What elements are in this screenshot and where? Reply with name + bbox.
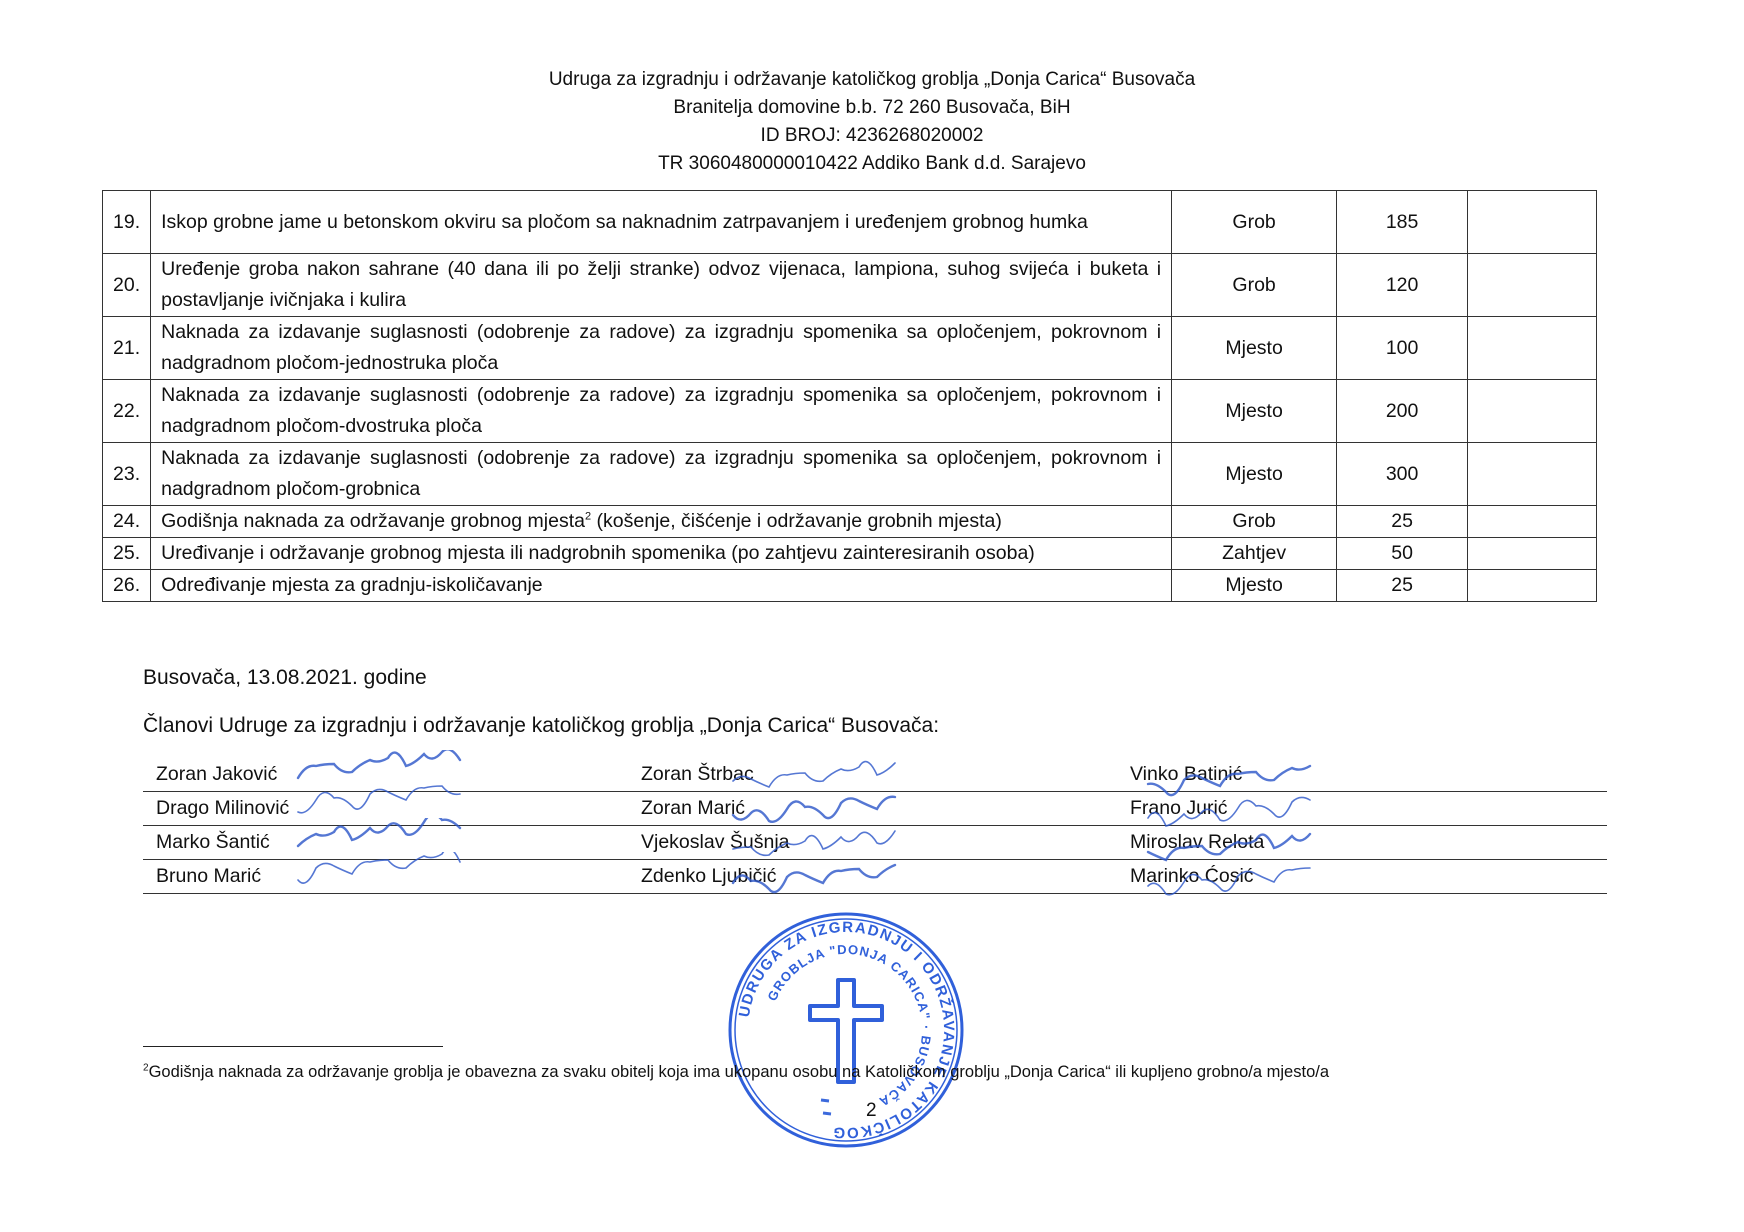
footnote: 2Godišnja naknada za održavanje groblja … [143,1063,1329,1082]
organization-address: Branitelja domovine b.b. 72 260 Busovača… [0,94,1744,122]
row-extra [1468,191,1597,254]
description-text: Naknada za izdavanje suglasnosti (odobre… [161,447,1161,500]
row-number: 24. [103,506,151,538]
signature-line: Zoran JakovićZoran ŠtrbacVinko Batinić [143,758,1607,792]
row-price: 25 [1337,506,1468,538]
description-text: Uređivanje i održavanje grobnog mjesta i… [161,542,1035,564]
row-price: 25 [1337,570,1468,602]
row-description: Godišnja naknada za održavanje grobnog m… [151,506,1172,538]
date-line: Busovača, 13.08.2021. godine [143,666,427,690]
signatory-name: Vinko Batinić [1130,763,1242,786]
row-unit: Grob [1172,506,1337,538]
row-extra [1468,317,1597,380]
row-description: Naknada za izdavanje suglasnosti (odobre… [151,443,1172,506]
row-number: 23. [103,443,151,506]
row-description: Naknada za izdavanje suglasnosti (odobre… [151,317,1172,380]
row-extra [1468,506,1597,538]
description-text: Naknada za izdavanje suglasnosti (odobre… [161,384,1161,437]
row-number: 21. [103,317,151,380]
row-description: Iskop grobne jame u betonskom okviru sa … [151,191,1172,254]
signatory-name: Drago Milinović [156,797,289,820]
row-description: Uređivanje i održavanje grobnog mjesta i… [151,538,1172,570]
row-price: 300 [1337,443,1468,506]
row-unit: Mjesto [1172,570,1337,602]
row-number: 26. [103,570,151,602]
signatory-name: Marinko Ćosić [1130,865,1254,888]
price-table: 19.Iskop grobne jame u betonskom okviru … [102,190,1597,602]
signature-line: Drago MilinovićZoran MarićFrano Jurić [143,792,1607,826]
signatory-name: Vjekoslav Šušnja [641,831,790,854]
row-extra [1468,538,1597,570]
row-number: 25. [103,538,151,570]
row-extra [1468,570,1597,602]
row-number: 22. [103,380,151,443]
row-number: 19. [103,191,151,254]
description-text: (košenje, čišćenje i održavanje grobnih … [591,510,1002,532]
signatory-name: Frano Jurić [1130,797,1228,820]
row-description: Određivanje mjesta za gradnju-iskoličava… [151,570,1172,602]
row-price: 50 [1337,538,1468,570]
signatories-block: Zoran JakovićZoran ŠtrbacVinko BatinićDr… [143,758,1607,894]
organization-bank-account: TR 3060480000010422 Addiko Bank d.d. Sar… [0,150,1744,178]
row-unit: Mjesto [1172,380,1337,443]
row-extra [1468,443,1597,506]
signature-line: Bruno MarićZdenko LjubičićMarinko Ćosić [143,860,1607,894]
row-price: 185 [1337,191,1468,254]
table-row: 20.Uređenje groba nakon sahrane (40 dana… [103,254,1597,317]
description-text: Godišnja naknada za održavanje grobnog m… [161,510,585,532]
association-stamp: UDRUGA ZA IZGRADNJU I ODRŽAVANJE KATOLIČ… [726,910,966,1150]
table-row: 24.Godišnja naknada za održavanje grobno… [103,506,1597,538]
row-unit: Grob [1172,191,1337,254]
row-price: 100 [1337,317,1468,380]
row-unit: Mjesto [1172,317,1337,380]
table-row: 21.Naknada za izdavanje suglasnosti (odo… [103,317,1597,380]
signatory-name: Miroslav Relota [1130,831,1264,854]
signatory-name: Zoran Jaković [156,763,277,786]
description-text: Određivanje mjesta za gradnju-iskoličava… [161,574,543,596]
row-extra [1468,254,1597,317]
signatory-name: Marko Šantić [156,831,270,854]
organization-id-number: ID BROJ: 4236268020002 [0,122,1744,150]
row-unit: Zahtjev [1172,538,1337,570]
svg-text:GROBLJA "DONJA CARICA" · BUSOV: GROBLJA "DONJA CARICA" · BUSOVAČA [764,942,934,1110]
row-number: 20. [103,254,151,317]
row-unit: Grob [1172,254,1337,317]
handwritten-signature [293,852,513,902]
signature-line: Marko ŠantićVjekoslav ŠušnjaMiroslav Rel… [143,826,1607,860]
table-row: 22.Naknada za izdavanje suglasnosti (odo… [103,380,1597,443]
row-price: 200 [1337,380,1468,443]
table-row: 25.Uređivanje i održavanje grobnog mjest… [103,538,1597,570]
signatory-name: Bruno Marić [156,865,261,888]
table-row: 26.Određivanje mjesta za gradnju-iskolič… [103,570,1597,602]
signatory-name: Zdenko Ljubičić [641,865,777,888]
signatory-name: Zoran Štrbac [641,763,754,786]
description-text: Uređenje groba nakon sahrane (40 dana il… [161,258,1161,311]
row-price: 120 [1337,254,1468,317]
members-title: Članovi Udruge za izgradnju i održavanje… [143,714,939,738]
table-row: 19.Iskop grobne jame u betonskom okviru … [103,191,1597,254]
table-row: 23.Naknada za izdavanje suglasnosti (odo… [103,443,1597,506]
footnote-text: Godišnja naknada za održavanje groblja j… [149,1063,1329,1081]
page-number: 2 [866,1100,877,1122]
row-unit: Mjesto [1172,443,1337,506]
description-text: Iskop grobne jame u betonskom okviru sa … [161,211,1088,233]
row-description: Naknada za izdavanje suglasnosti (odobre… [151,380,1172,443]
footnote-separator [143,1046,443,1047]
row-extra [1468,380,1597,443]
description-text: Naknada za izdavanje suglasnosti (odobre… [161,321,1161,374]
letterhead: Udruga za izgradnju i održavanje katolič… [0,66,1744,178]
stamp-inner-text: GROBLJA "DONJA CARICA" · BUSOVAČA [764,942,934,1110]
organization-name: Udruga za izgradnju i održavanje katolič… [0,66,1744,94]
row-description: Uređenje groba nakon sahrane (40 dana il… [151,254,1172,317]
signatory-name: Zoran Marić [641,797,745,820]
